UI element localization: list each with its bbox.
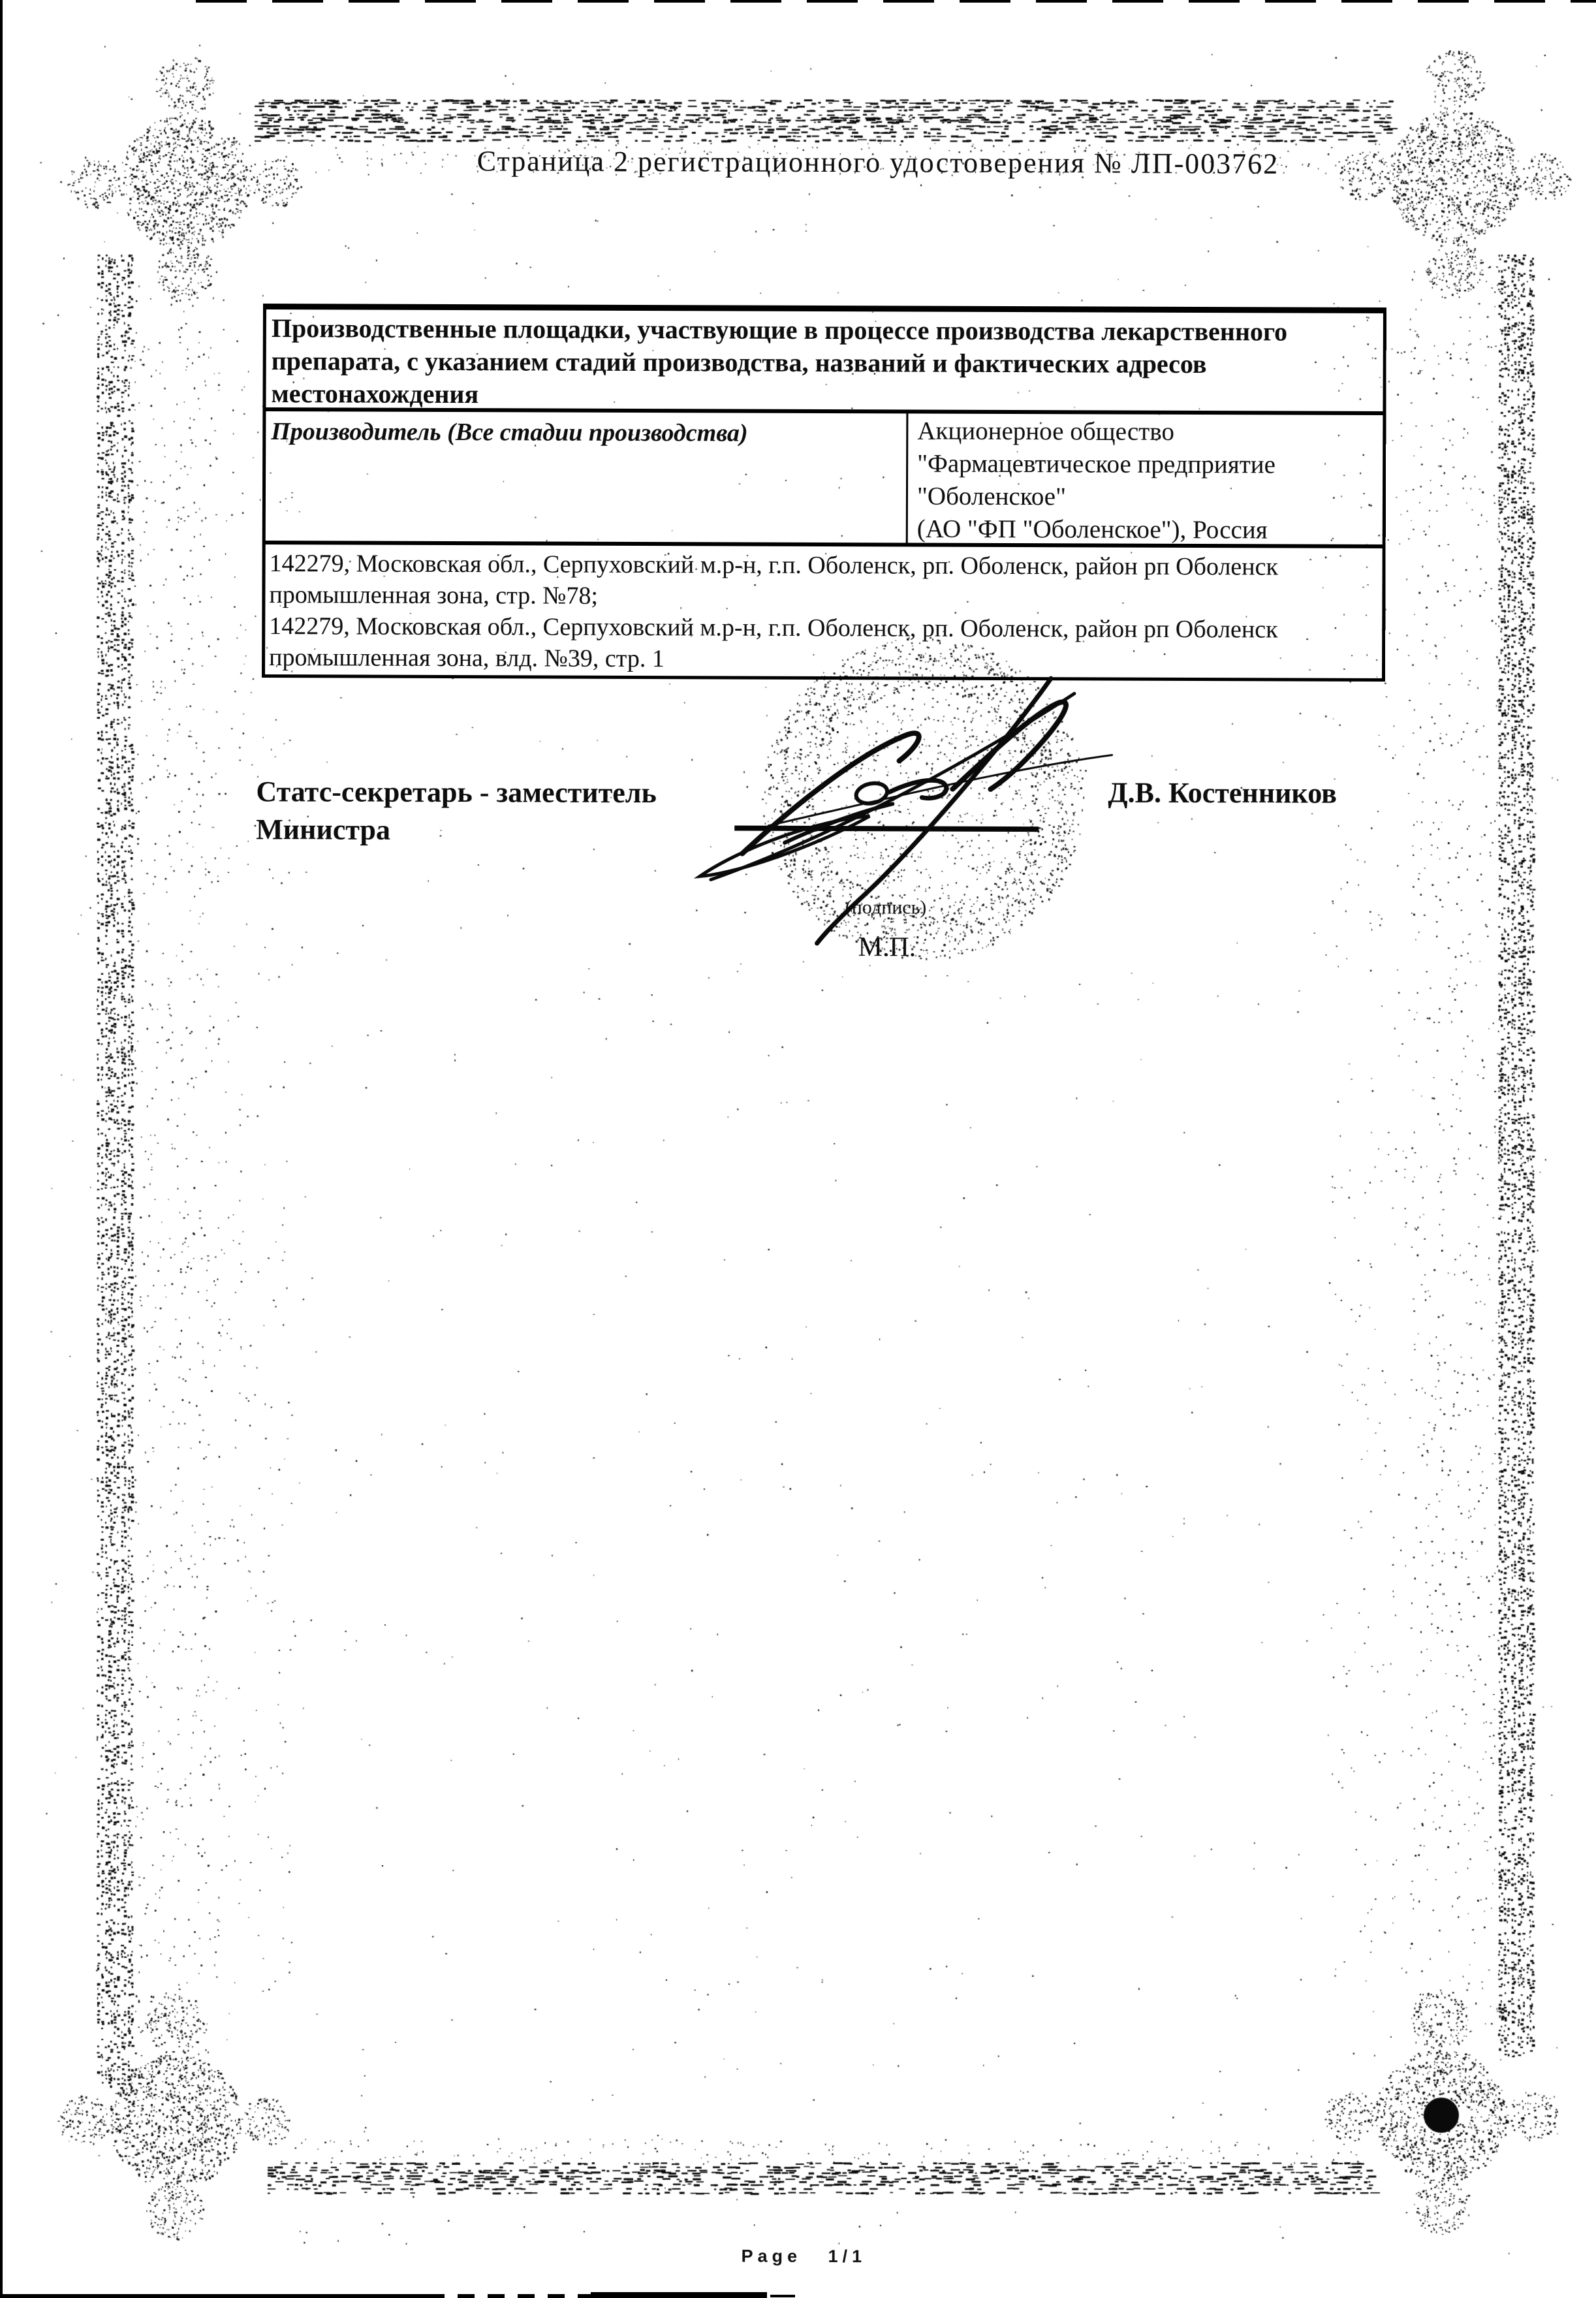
page-title: Страница 2 регистрационного удостоверени… <box>477 144 1279 180</box>
signatory-name: Д.В. Костенников <box>1108 776 1337 810</box>
production-sites-table: Производственные площадки, участвующие в… <box>262 304 1386 682</box>
signature-stroke <box>817 678 1051 944</box>
signatory-position-line: Статс-секретарь - заместитель <box>256 773 700 812</box>
company-line: "Оболенское" <box>917 480 1379 514</box>
table-header-line: местонахождения <box>271 377 1379 414</box>
producer-role-label: Производитель (Все стадии производства) <box>271 418 747 447</box>
company-line: "Фармацевтическое предприятие <box>917 447 1379 481</box>
signatory-position-line: Министра <box>256 811 700 850</box>
address-line: 142279, Московская обл., Серпуховский м.… <box>270 548 1380 583</box>
producer-row: Производитель (Все стадии производства) … <box>266 411 1383 548</box>
producer-role-cell: Производитель (Все стадии производства) <box>266 411 907 543</box>
signature-stroke <box>952 702 1066 790</box>
company-line: Акционерное общество <box>917 415 1379 449</box>
table-header-line: Производственные площадки, участвующие в… <box>272 312 1379 349</box>
address-line: промышленная зона, стр. №78; <box>269 579 1379 614</box>
document-page: Страница 2 регистрационного удостоверени… <box>0 0 1596 2298</box>
company-line: (АО "ФП "Оболенское"), Россия <box>917 512 1379 546</box>
address-line: 142279, Московская обл., Серпуховский м.… <box>269 610 1379 646</box>
handwritten-signature <box>676 661 1134 962</box>
producer-company-cell: Акционерное общество "Фармацевтическое п… <box>906 413 1383 544</box>
page-number-footer: Page 1/1 <box>742 2246 867 2267</box>
address-cell: 142279, Московская обл., Серпуховский м.… <box>265 544 1383 678</box>
table-header-line: препарата, с указанием стадий производст… <box>272 345 1379 381</box>
signatory-position-label: Статс-секретарь - заместитель Министра <box>256 773 700 850</box>
table-header-cell: Производственные площадки, участвующие в… <box>266 309 1383 415</box>
